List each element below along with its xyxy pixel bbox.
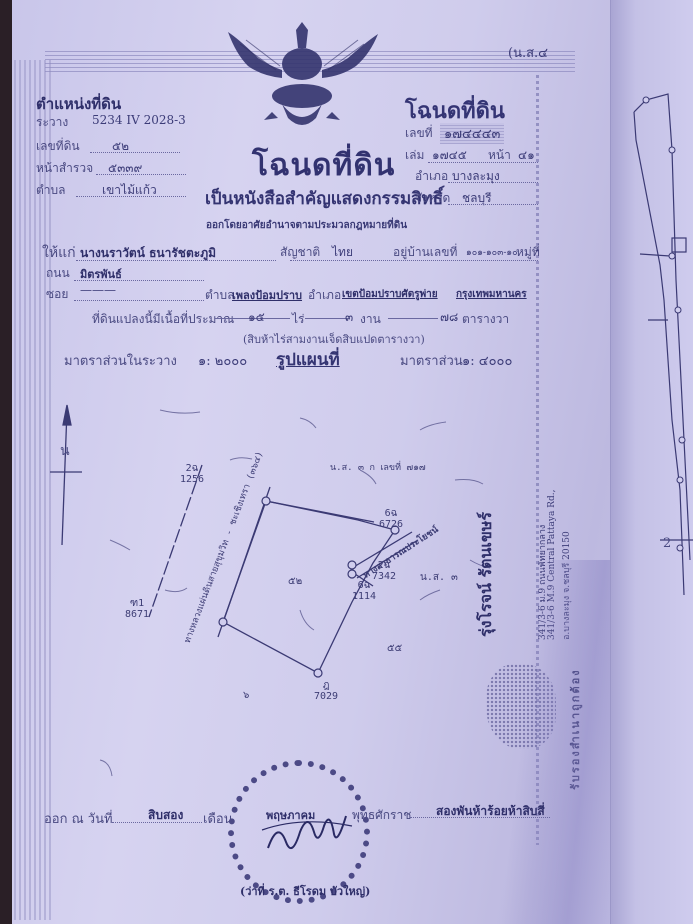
area-rai-label: ไร่ xyxy=(292,310,304,329)
deed-no-label: เลขที่ xyxy=(405,124,433,143)
signatory-name: (ว่าที่ ร.ต. ธีโรดม บัวใหญ่) xyxy=(240,882,370,900)
to-label: ให้แก่ xyxy=(42,242,76,264)
side-sheet-marker: 2 xyxy=(663,536,671,551)
amphoe-value: บางละมุง xyxy=(452,167,500,186)
deed-no-value: ๑๗๔๔๔๓ xyxy=(440,123,504,144)
field-label-land-no: เลขที่ดิน xyxy=(36,137,80,156)
area-rai-value: ๑๕ xyxy=(248,308,265,327)
moo-value: - xyxy=(535,243,539,257)
province-value: กรุงเทพมหานคร xyxy=(456,287,527,302)
area-intro: ที่ดินแปลงนี้มีเนื้อที่ประมาณ xyxy=(92,310,234,329)
adjacent-sheet xyxy=(610,0,693,924)
soi-label: ซอย xyxy=(46,285,68,304)
field-label-ravang: ระวาง xyxy=(36,113,68,132)
north-label: น xyxy=(60,440,70,462)
parcel-number: ๕๒ xyxy=(288,574,302,589)
subdistrict-value: เพลงป้อมปราบ xyxy=(232,286,302,304)
field-label-survey-page: หน้าสำรวจ xyxy=(36,159,93,178)
right-note: น.ส. ๓ xyxy=(420,570,458,585)
area-sqwa-value: ๗๘ xyxy=(440,308,458,327)
field-label-tambon: ตำบล xyxy=(36,181,66,200)
area-ngan-value: ๓ xyxy=(345,308,353,327)
subdistrict-label: ตำบล xyxy=(205,286,235,305)
map-scale-value: ๑: ๔๐๐๐ xyxy=(462,350,512,371)
sheet-scale-value: ๑: ๒๐๐๐ xyxy=(198,350,247,371)
issue-date-prefix: ออก ณ วันที่ xyxy=(44,808,113,829)
document-main-title: โฉนดที่ดิน xyxy=(252,142,395,189)
district-label: อำเภอ xyxy=(308,286,341,305)
marker-6726: 6ฉ6726 xyxy=(379,508,403,530)
issue-day: สิบสอง xyxy=(148,806,183,825)
issue-year: สองพันห้าร้อยห้าสิบสี่ xyxy=(436,802,545,821)
field-value-land-no: ๕๒ xyxy=(112,137,129,156)
book-label: เล่ม xyxy=(405,146,424,165)
marker-8671: ฑ18671 xyxy=(125,598,149,620)
marker-7029: ฎ7029 xyxy=(314,680,338,702)
map-scale-label: มาตราส่วน xyxy=(400,350,463,371)
field-value-survey-page: ๕๓๓๙ xyxy=(108,159,142,178)
changwat-label: จังหวัด xyxy=(415,189,450,208)
security-print-band xyxy=(45,50,575,72)
adjacent-parcel: ๕๕ xyxy=(387,641,402,656)
address-no: ๑๐๑-๑๐๓-๑๐ xyxy=(466,245,518,259)
road-label: ถนน xyxy=(46,264,70,283)
map-top-note: น.ส. ๓ ก เลขที่ ๗๑๗ xyxy=(330,460,426,474)
form-code: (น.ส.๔ xyxy=(508,42,548,63)
sheet-scale-label: มาตราส่วนในระวาง xyxy=(64,350,177,371)
marker-1256: 2ฉ1256 xyxy=(180,463,204,485)
issued-by-line: ออกโดยอาศัยอำนาจตามประมวลกฎหมายที่ดิน xyxy=(206,218,407,233)
amphoe-label: อำเภอ xyxy=(415,167,448,186)
changwat-value: ชลบุรี xyxy=(462,189,492,208)
area-ngan-label: งาน xyxy=(360,310,381,329)
marker-1114: 6ฉ1114 xyxy=(352,580,376,602)
district-value: เขตป้อมปราบศัตรูพ่าย xyxy=(342,287,438,302)
area-sqwa-label: ตารางวา xyxy=(462,310,509,329)
soi-value: ——— xyxy=(80,283,116,297)
certifier-name: รุ่งโรจน์ รัตนเขษร์ xyxy=(474,512,499,637)
map-title: รูปแผนที่ xyxy=(276,346,340,373)
document-subtitle: เป็นหนังสือสำคัญแสดงกรรมสิทธิ์ xyxy=(205,185,443,212)
field-value-ravang: 5234 IV 2028-3 xyxy=(92,113,186,127)
bottom-mark: ๖ xyxy=(243,688,249,703)
field-value-tambon: เขาไม้แก้ว xyxy=(102,181,157,200)
